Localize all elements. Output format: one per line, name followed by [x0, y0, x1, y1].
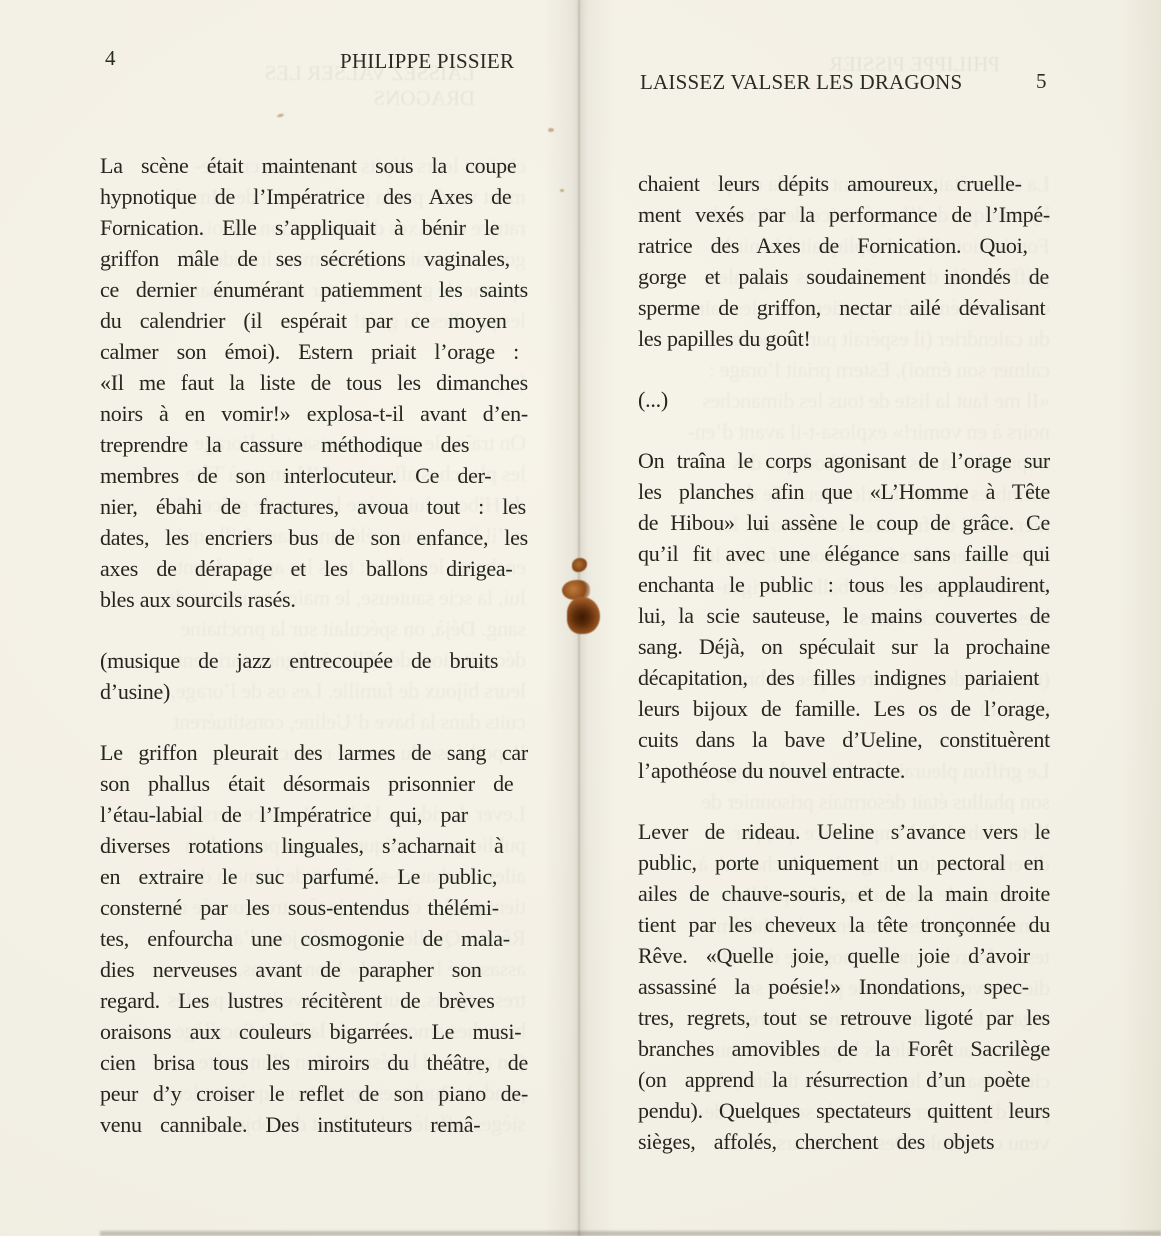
paper-speck: [548, 128, 554, 132]
text-line: Fornication. Elle s’appliquait à bénir l…: [100, 212, 528, 243]
text-line: treprendre la cassure méthodique des: [100, 429, 528, 460]
right-running-header: LAISSEZ VALSER LES DRAGONS: [640, 70, 962, 95]
text-line: qu’il fit avec une élégance sans faille …: [638, 538, 1050, 569]
paragraph: La scène était maintenant sous la coupeh…: [100, 150, 528, 615]
photo-bottom-edge: [100, 1231, 1161, 1236]
paragraph: On traîna le corps agonisant de l’orage …: [638, 445, 1050, 786]
paragraph: (musique de jazz entrecoupée de bruitsd’…: [100, 645, 528, 707]
text-line: venu cannibale. Des instituteurs remâ-: [100, 1109, 528, 1140]
right-page-body: chaient leurs dépits amoureux, cruelle-m…: [638, 168, 1050, 1157]
text-line: en extraire le suc parfumé. Le public,: [100, 861, 528, 892]
text-line: Lever de rideau. Ueline s’avance vers le: [638, 816, 1050, 847]
text-line: les planches afin que «L’Homme à Tête: [638, 476, 1050, 507]
text-line: branches amovibles de la Forêt Sacrilège: [638, 1033, 1050, 1064]
text-line: axes de dérapage et les ballons dirigea-: [100, 553, 528, 584]
text-line: tres, regrets, tout se retrouve ligoté p…: [638, 1002, 1050, 1033]
text-line: assassiné la poésie!» Inondations, spec-: [638, 971, 1050, 1002]
paragraph: chaient leurs dépits amoureux, cruelle-m…: [638, 168, 1050, 354]
text-line: peur d’y croiser le reflet de son piano …: [100, 1078, 528, 1109]
text-line: calmer son émoi). Estern priait l’orage …: [100, 336, 528, 367]
text-line: l’apothéose du nouvel entracte.: [638, 755, 1050, 786]
text-line: (...): [638, 384, 1050, 415]
text-line: de Hibou» lui assène le coup de grâce. C…: [638, 507, 1050, 538]
text-line: nier, ébahi de fractures, avoua tout : l…: [100, 491, 528, 522]
paragraph: Le griffon pleurait des larmes de sang c…: [100, 737, 528, 1140]
text-line: hypnotique de l’Impératrice des Axes de: [100, 181, 528, 212]
text-line: dies nerveuses avant de parapher son: [100, 954, 528, 985]
text-line: regard. Les lustres récitèrent de brèves: [100, 985, 528, 1016]
text-line: «Il me faut la liste de tous les dimanch…: [100, 367, 528, 398]
paper-speck: [277, 113, 285, 118]
text-line: diverses rotations linguales, s’acharnai…: [100, 830, 528, 861]
left-running-header: PHILIPPE PISSIER: [340, 49, 514, 74]
book-spread-photo: 4 PHILIPPE PISSIER LAISSEZ VALSER LES DR…: [0, 0, 1161, 1236]
paper-speck: [560, 189, 564, 192]
text-line: pendu). Quelques spectateurs quittent le…: [638, 1095, 1050, 1126]
text-line: sang. Déjà, on spéculait sur la prochain…: [638, 631, 1050, 662]
text-line: lui, la scie sauteuse, le mains couverte…: [638, 600, 1050, 631]
text-line: enchanta le public : tous les applaudire…: [638, 569, 1050, 600]
text-line: d’usine): [100, 676, 528, 707]
text-line: La scène était maintenant sous la coupe: [100, 150, 528, 181]
left-page-number: 4: [105, 46, 116, 71]
foxing-stain: [567, 597, 600, 634]
text-line: les papilles du goût!: [638, 323, 1050, 354]
text-line: ratrice des Axes de Fornication. Quoi,: [638, 230, 1050, 261]
right-page-number: 5: [1036, 69, 1047, 94]
paragraph: (...): [638, 384, 1050, 415]
text-line: membres de son interlocuteur. Ce der-: [100, 460, 528, 491]
page-edge-shading: [1119, 0, 1161, 1236]
text-line: décapitation, des filles indignes pariai…: [638, 662, 1050, 693]
text-line: tient par les cheveux la tête tronçonnée…: [638, 909, 1050, 940]
left-page-body: La scène était maintenant sous la coupeh…: [100, 150, 528, 1140]
text-line: dates, les encriers bus de son enfance, …: [100, 522, 528, 553]
text-line: tes, enfourcha une cosmogonie de mala-: [100, 923, 528, 954]
text-line: ailes de chauve-souris, et de la main dr…: [638, 878, 1050, 909]
text-line: leurs bijoux de famille. Les os de l’ora…: [638, 693, 1050, 724]
text-line: Rêve. «Quelle joie, quelle joie d’avoir: [638, 940, 1050, 971]
text-line: noirs à en vomir!» explosa-t-il avant d’…: [100, 398, 528, 429]
text-line: gorge et palais soudainement inondés de: [638, 261, 1050, 292]
text-line: oraisons aux couleurs bigarrées. Le musi…: [100, 1016, 528, 1047]
text-line: On traîna le corps agonisant de l’orage …: [638, 445, 1050, 476]
text-line: sperme de griffon, nectar ailé dévalisan…: [638, 292, 1050, 323]
text-line: (musique de jazz entrecoupée de bruits: [100, 645, 528, 676]
text-line: l’étau-labial de l’Impératrice qui, par: [100, 799, 528, 830]
text-line: ment vexés par la performance de l’Impé-: [638, 199, 1050, 230]
text-line: chaient leurs dépits amoureux, cruelle-: [638, 168, 1050, 199]
text-line: son phallus était désormais prisonnier d…: [100, 768, 528, 799]
text-line: bles aux sourcils rasés.: [100, 584, 528, 615]
text-line: ce dernier énumérant patiemment les sain…: [100, 274, 528, 305]
text-line: du calendrier (il espérait par ce moyen: [100, 305, 528, 336]
text-line: consterné par les sous-entendus thélémi-: [100, 892, 528, 923]
text-line: cien brisa tous les miroirs du théâtre, …: [100, 1047, 528, 1078]
text-line: griffon mâle de ses sécrétions vaginales…: [100, 243, 528, 274]
text-line: sièges, affolés, cherchent des objets: [638, 1126, 1050, 1157]
text-line: (on apprend la résurrection d’un poète: [638, 1064, 1050, 1095]
text-line: public, porte uniquement un pectoral en: [638, 847, 1050, 878]
text-line: Le griffon pleurait des larmes de sang c…: [100, 737, 528, 768]
paragraph: Lever de rideau. Ueline s’avance vers le…: [638, 816, 1050, 1157]
text-line: cuits dans la bave d’Ueline, constituère…: [638, 724, 1050, 755]
